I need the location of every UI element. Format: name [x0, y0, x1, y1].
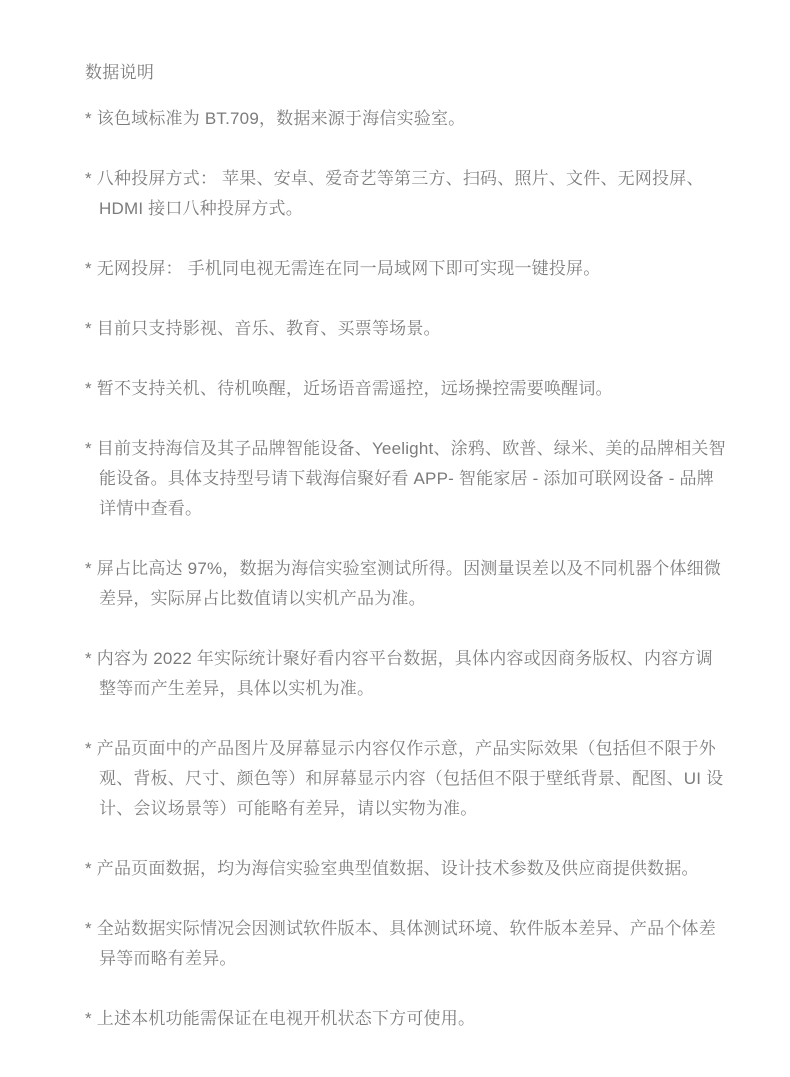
note-item-power-on: * 上述本机功能需保证在电视开机状态下方可使用。 — [85, 1004, 726, 1034]
note-item-product-images: * 产品页面中的产品图片及屏幕显示内容仅作示意，产品实际效果（包括但不限于外观、… — [85, 734, 726, 824]
note-item-smart-devices: * 目前支持海信及其子品牌智能设备、Yeelight、涂鸦、欧普、绿米、美的品牌… — [85, 434, 726, 524]
note-item-page-data: * 产品页面数据，均为海信实验室典型值数据、设计技术参数及供应商提供数据。 — [85, 854, 726, 884]
note-item-screen-ratio: * 屏占比高达 97%，数据为海信实验室测试所得。因测量误差以及不同机器个体细微… — [85, 554, 726, 614]
note-item-screen-casting: * 八种投屏方式： 苹果、安卓、爱奇艺等第三方、扫码、照片、文件、无网投屏、HD… — [85, 164, 726, 224]
data-notes-page: 数据说明 * 该色域标准为 BT.709，数据来源于海信实验室。 * 八种投屏方… — [0, 0, 790, 1077]
note-item-no-network-cast: * 无网投屏： 手机同电视无需连在同一局域网下即可实现一键投屏。 — [85, 254, 726, 284]
note-item-color-gamut: * 该色域标准为 BT.709，数据来源于海信实验室。 — [85, 104, 726, 134]
section-title: 数据说明 — [85, 58, 726, 88]
note-item-content-platform: * 内容为 2022 年实际统计聚好看内容平台数据，具体内容或因商务版权、内容方… — [85, 644, 726, 704]
note-item-scenes-supported: * 目前只支持影视、音乐、教育、买票等场景。 — [85, 314, 726, 344]
note-item-voice-control: * 暂不支持关机、待机唤醒，近场语音需遥控，远场操控需要唤醒词。 — [85, 374, 726, 404]
note-item-site-data: * 全站数据实际情况会因测试软件版本、具体测试环境、软件版本差异、产品个体差异等… — [85, 914, 726, 974]
